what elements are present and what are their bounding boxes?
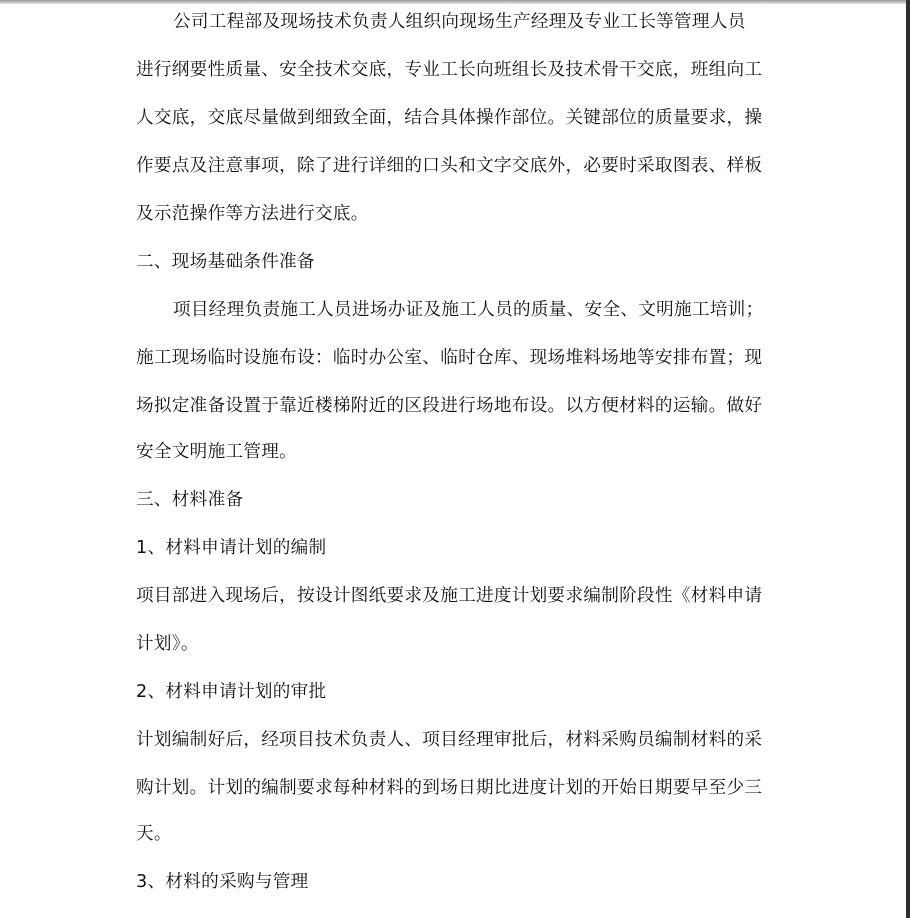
paragraph-line: 项目部进入现场后，按设计图纸要求及施工进度计划要求编制阶段性《材料申请 (136, 584, 762, 608)
paragraph-line: 进行纲要性质量、安全技术交底，专业工长向班组长及技术骨干交底，班组向工 (136, 58, 762, 82)
paragraph-line: 安全文明施工管理。 (136, 440, 297, 464)
paragraph-line: 施工现场临时设施布设：临时办公室、临时仓库、现场堆料场地等安排布置；现 (136, 346, 762, 370)
window-right-edge (906, 0, 910, 918)
paragraph-line: 购计划。计划的编制要求每种材料的到场日期比进度计划的开始日期要早至少三 (136, 776, 762, 800)
paragraph-line: 计划编制好后，经项目技术负责人、项目经理审批后，材料采购员编制材料的采 (136, 728, 762, 752)
paragraph-line: 项目经理负责施工人员进场办证及施工人员的质量、安全、文明施工培训； (173, 298, 764, 322)
subsection-heading: 3、材料的采购与管理 (136, 870, 309, 894)
paragraph-line: 天。 (136, 822, 172, 846)
document-page: 公司工程部及现场技术负责人组织向现场生产经理及专业工长等管理人员 进行纲要性质量… (0, 0, 906, 918)
paragraph-line: 人交底，交底尽量做到细致全面，结合具体操作部位。关键部位的质量要求，操 (136, 106, 762, 130)
paragraph-line: 及示范操作等方法进行交底。 (136, 202, 369, 226)
subsection-heading: 2、材料申请计划的审批 (136, 680, 326, 704)
paragraph-line: 公司工程部及现场技术负责人组织向现场生产经理及专业工长等管理人员 (173, 10, 746, 34)
paragraph-line: 计划》。 (136, 632, 199, 656)
page-top-shadow (0, 0, 906, 4)
paragraph-line: 作要点及注意事项，除了进行详细的口头和文字交底外，必要时采取图表、样板 (136, 154, 762, 178)
section-heading: 二、现场基础条件准备 (136, 250, 315, 274)
section-heading: 三、材料准备 (136, 488, 243, 512)
subsection-heading: 1、材料申请计划的编制 (136, 536, 326, 560)
paragraph-line: 场拟定准备设置于靠近楼梯附近的区段进行场地布设。以方便材料的运输。做好 (136, 394, 762, 418)
